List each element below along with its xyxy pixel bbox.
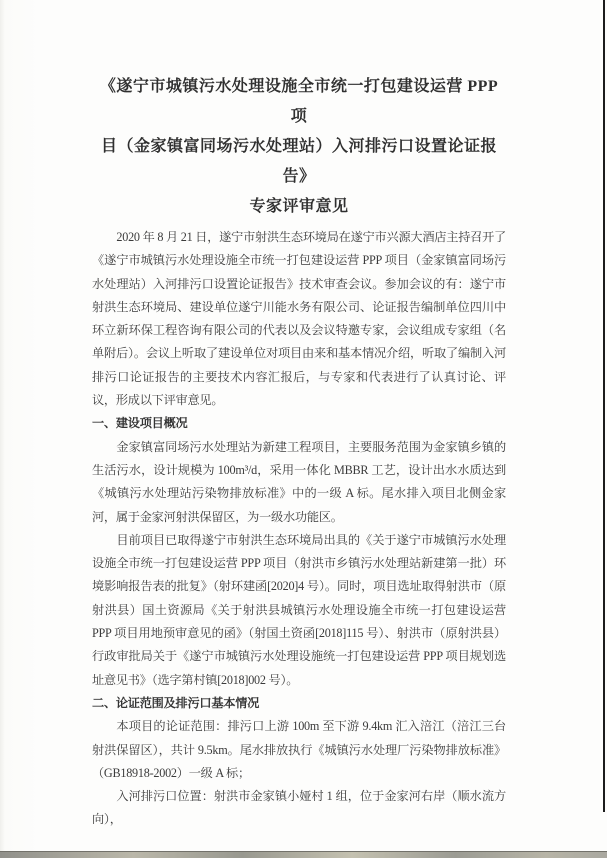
- title-line-1: 《遂宁市城镇污水处理设施全市统一打包建设运营 PPP 项: [92, 72, 506, 132]
- paragraph-approvals: 目前项目已取得遂宁市射洪生态环境局出具的《关于遂宁市城镇污水处理设施全市统一打包…: [92, 529, 506, 692]
- page-content: 《遂宁市城镇污水处理设施全市统一打包建设运营 PPP 项 目（金家镇富同场污水处…: [92, 72, 506, 832]
- paragraph-outlet-location: 入河排污口位置：射洪市金家镇小娅村 1 组，位于金家河右岸（顺水流方向），: [92, 785, 506, 832]
- paragraph-scope: 本项目的论证范围：排污口上游 100m 至下游 9.4km 汇入涪江（涪江三台射…: [92, 715, 506, 785]
- title-line-3: 专家评审意见: [92, 192, 506, 222]
- scan-edge-right-line: [603, 0, 605, 812]
- paragraph-project-overview: 金家镇富同场污水处理站为新建工程项目，主要服务范围为金家镇乡镇的生活污水，设计规…: [92, 436, 506, 529]
- title-line-2: 目（金家镇富同场污水处理站）入河排污口设置论证报告》: [92, 132, 506, 192]
- section-heading-1: 一、建设项目概况: [92, 412, 506, 435]
- paragraph-meeting-intro: 2020 年 8 月 21 日，遂宁市射洪生态环境局在遂宁市兴源大酒店主持召开了…: [92, 226, 506, 412]
- document-page: 《遂宁市城镇污水处理设施全市统一打包建设运营 PPP 项 目（金家镇富同场污水处…: [0, 0, 607, 858]
- section-heading-2: 二、论证范围及排污口基本情况: [92, 692, 506, 715]
- document-body: 2020 年 8 月 21 日，遂宁市射洪生态环境局在遂宁市兴源大酒店主持召开了…: [92, 226, 506, 832]
- scan-edge-bottom-band: [0, 851, 607, 858]
- document-title: 《遂宁市城镇污水处理设施全市统一打包建设运营 PPP 项 目（金家镇富同场污水处…: [92, 72, 506, 222]
